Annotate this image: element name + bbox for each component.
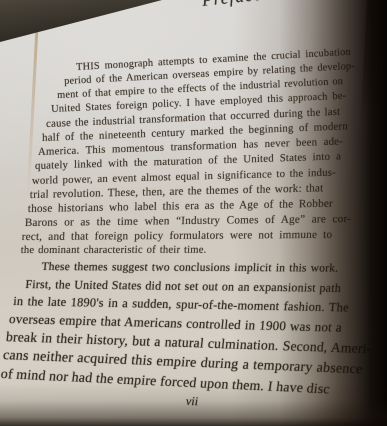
page-number: vii [186,394,198,409]
text-line: the dominant characteristic of their tim… [20,245,206,256]
book-page: Preface THIS monograph attempts to exami… [0,0,387,426]
page-text: THIS monograph attempts to examine the c… [0,0,387,426]
text-line: These themes suggest two conclusions imp… [41,261,339,275]
text-line: rect, and that foreign policy formulator… [21,229,332,243]
text-line: First, the United States did not set out… [25,277,342,296]
text-line: those historians who label this era as t… [28,198,333,215]
book-photo: Preface THIS monograph attempts to exami… [0,0,387,426]
text-line: Barons or as the time when “Industry Com… [25,213,352,229]
